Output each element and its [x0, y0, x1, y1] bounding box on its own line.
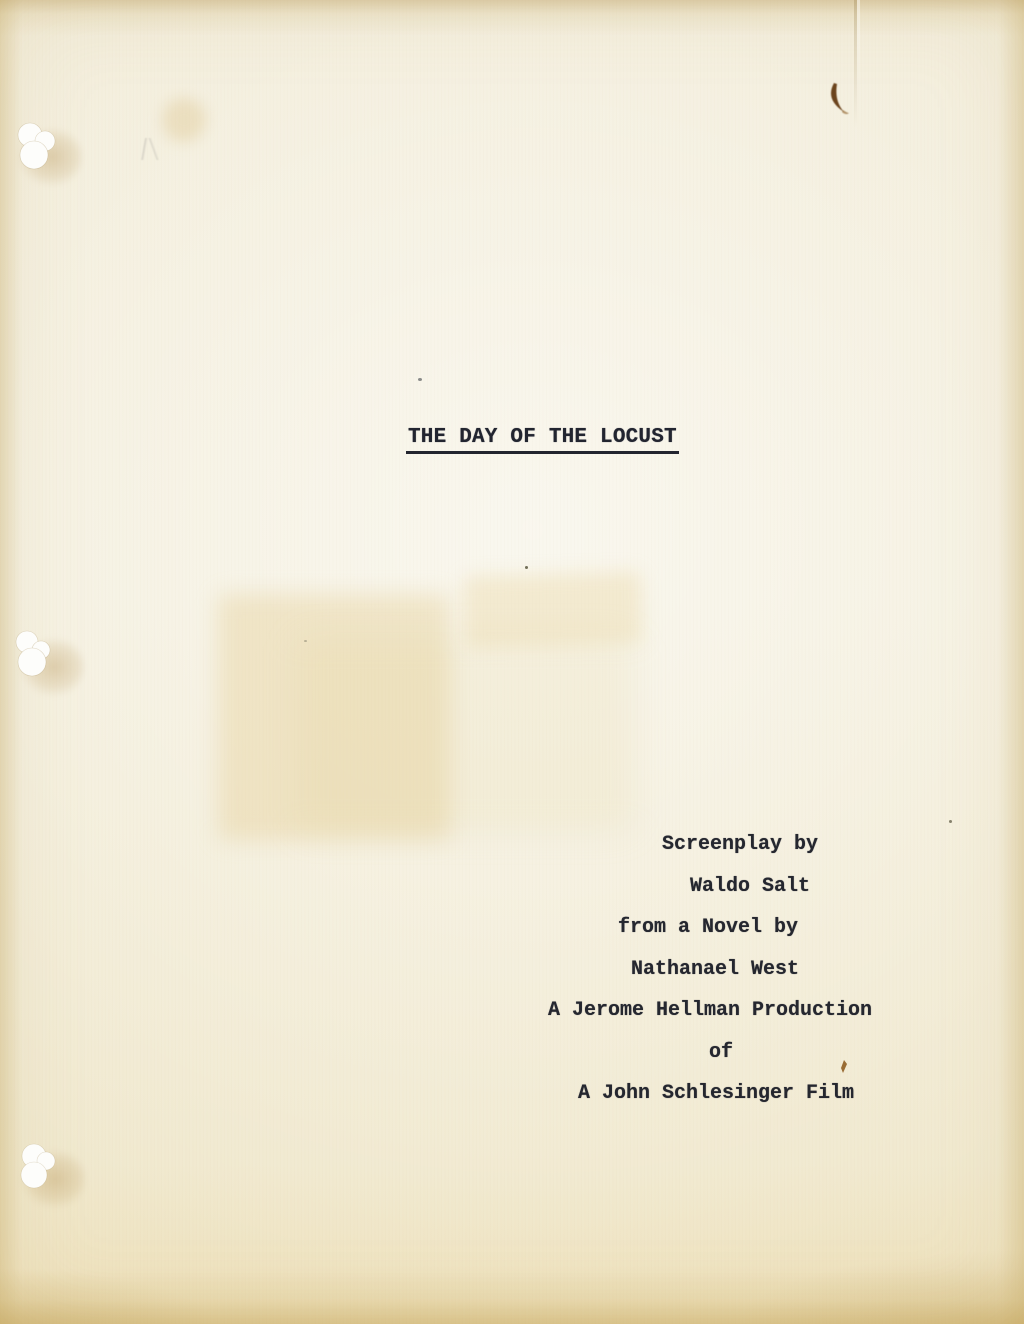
pencil-smudge [120, 138, 172, 160]
paper-texture [0, 0, 1024, 1324]
paper-crease [854, 0, 857, 128]
paper-stain-topleft [162, 98, 206, 142]
rust-mark [827, 82, 851, 118]
paper-stain-upper [463, 572, 643, 649]
paper-speck [418, 378, 422, 381]
credit-of: of [419, 1032, 1023, 1074]
punch-hole-shape [10, 628, 66, 692]
punch-hole-middle [10, 628, 66, 697]
credit-production: A Jerome Hellman Production [408, 990, 1012, 1032]
paper-speck [525, 566, 528, 569]
punch-hole-bottom [14, 1142, 70, 1211]
punch-hole-top [12, 120, 68, 189]
punch-hole-shape [12, 120, 68, 184]
scanned-screenplay-page: THE DAY OF THE LOCUST Screenplay by Wald… [0, 0, 1024, 1324]
paper-speck [304, 640, 307, 642]
paper-speck [949, 820, 952, 823]
credit-from-novel: from a Novel by [406, 907, 1010, 949]
paper-stain-large [218, 594, 450, 840]
screenplay-title: THE DAY OF THE LOCUST [406, 427, 679, 454]
credits-block: Screenplay by Waldo Salt from a Novel by… [418, 824, 1022, 1115]
aged-paper-edges [0, 0, 1024, 1324]
punch-hole-shape [14, 1142, 70, 1206]
paper-stain-wash [296, 636, 634, 832]
credit-novelist: Nathanael West [413, 949, 1017, 991]
credit-screenplay-by: Screenplay by [438, 824, 1024, 866]
credit-writer: Waldo Salt [448, 866, 1024, 908]
credit-director-film: A John Schlesinger Film [414, 1073, 1018, 1115]
